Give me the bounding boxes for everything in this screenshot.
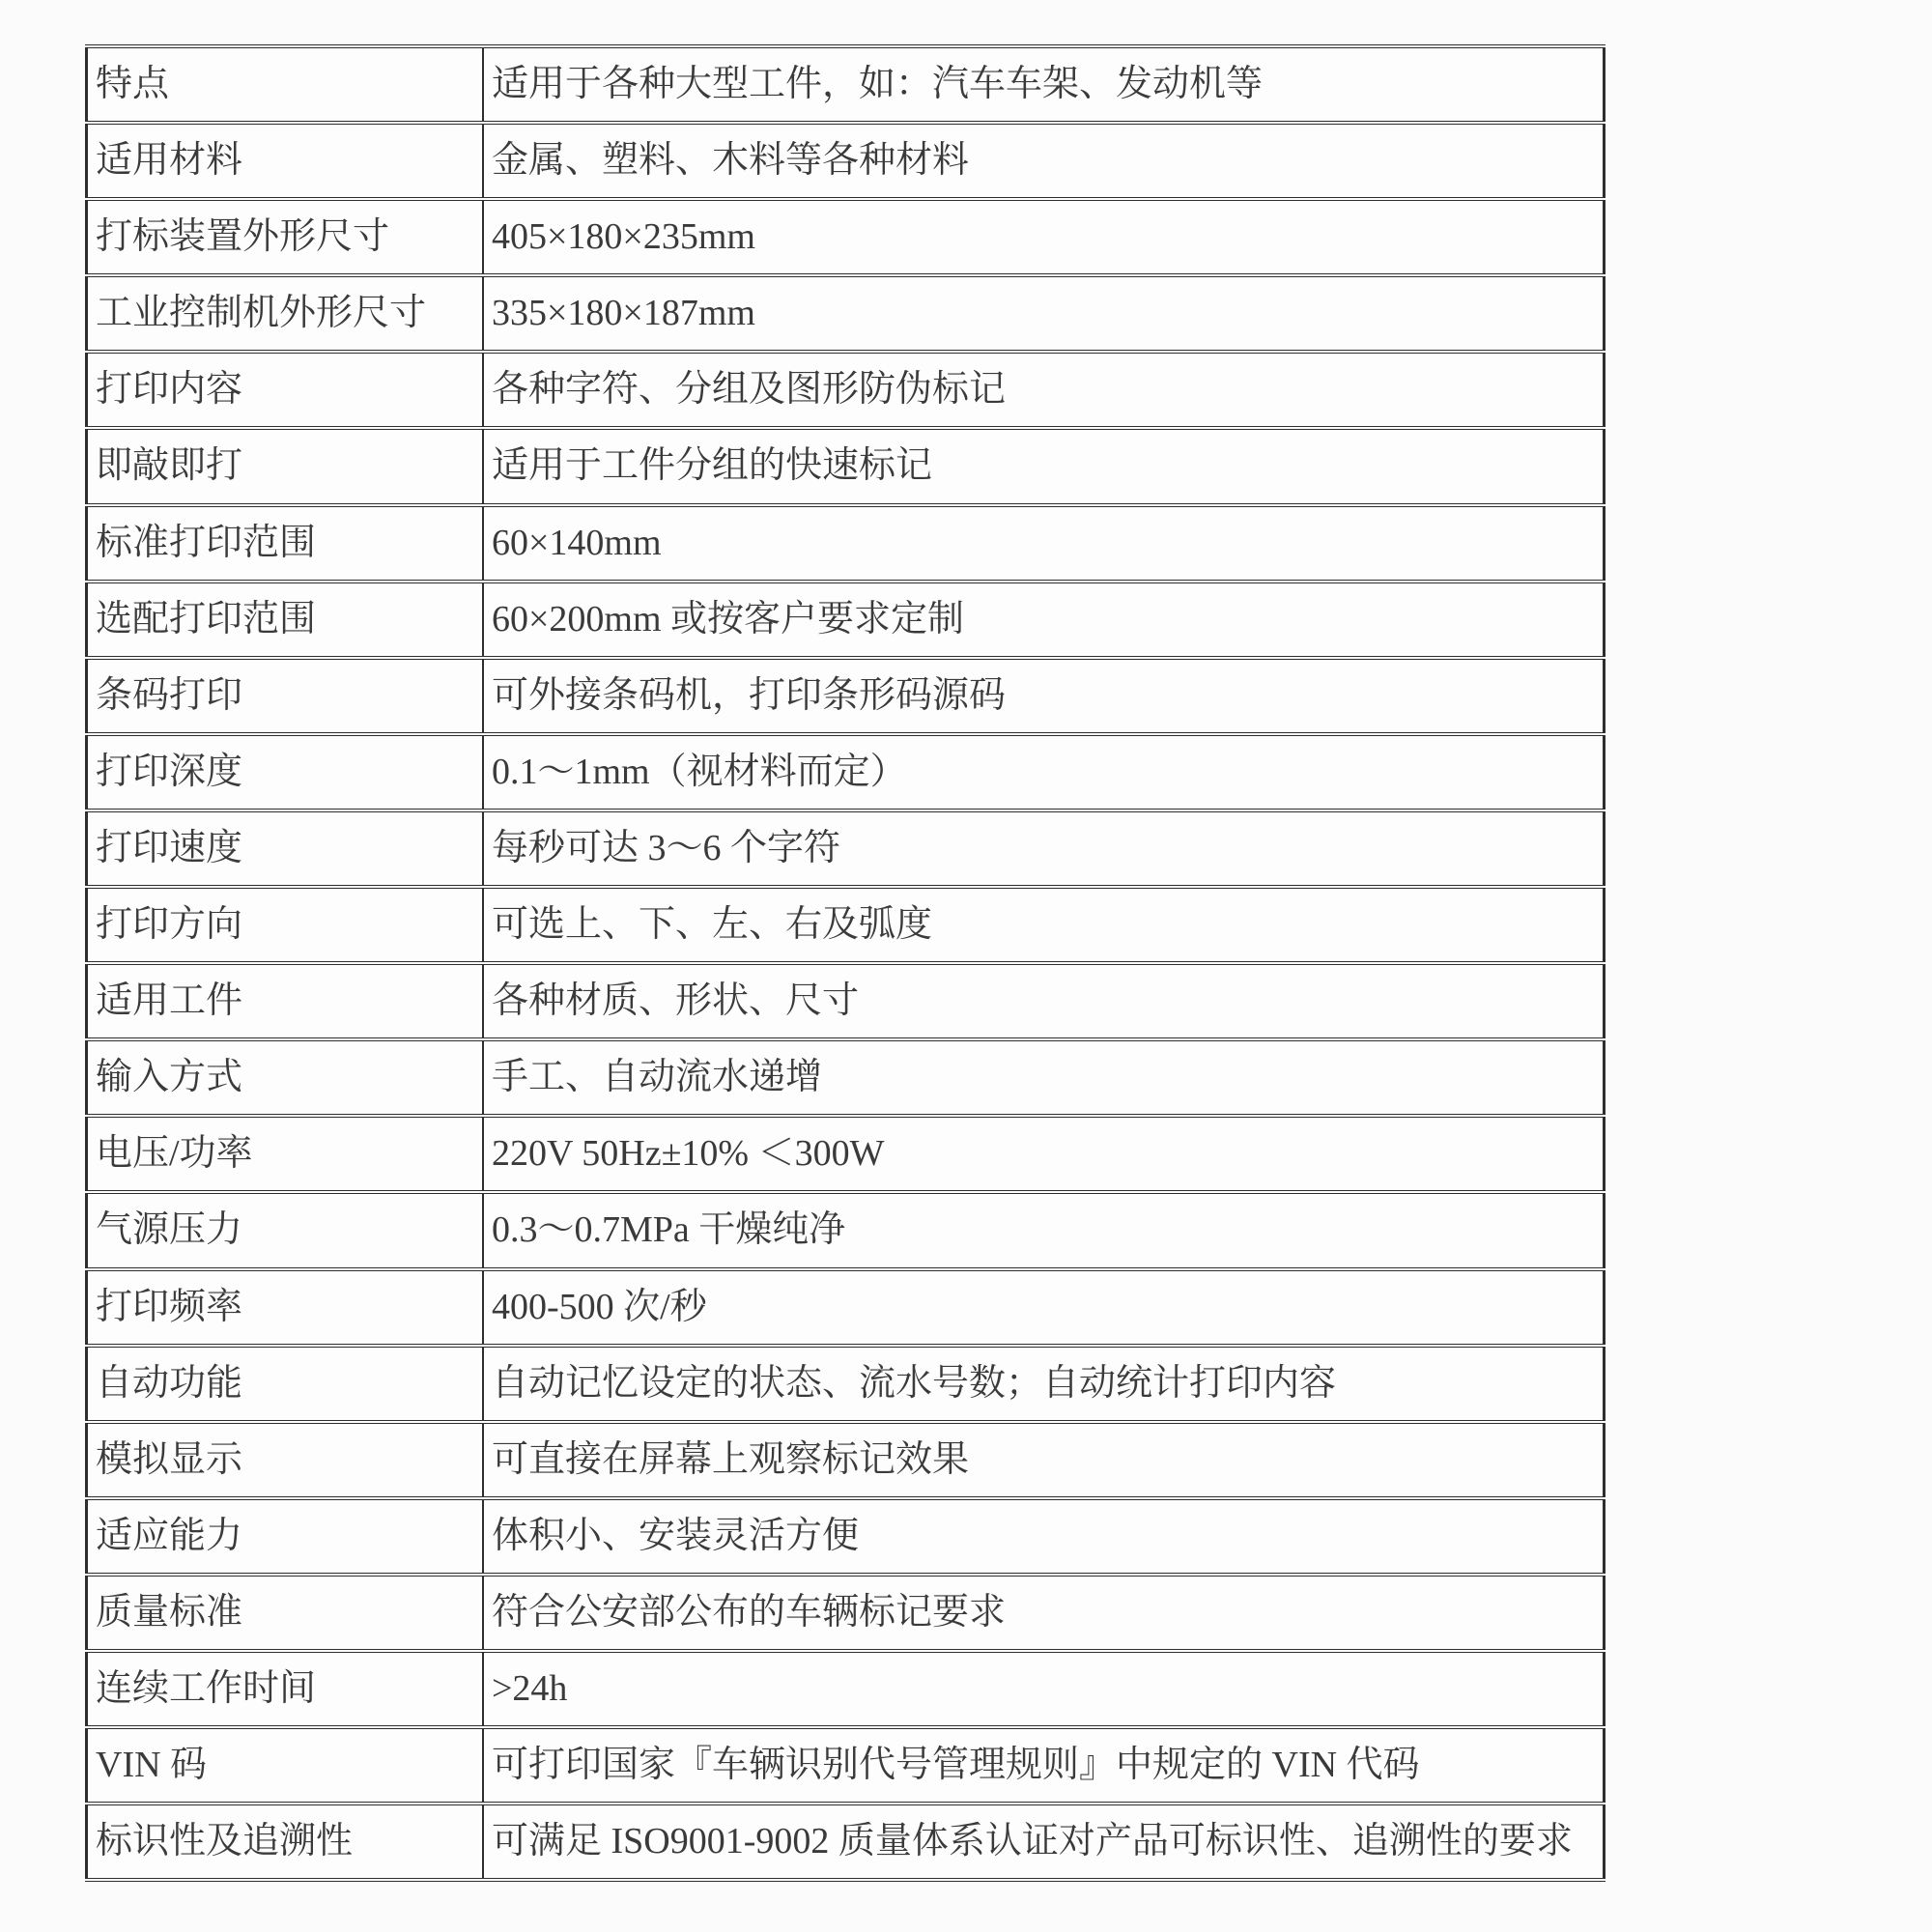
spec-row: 特点适用于各种大型工件，如：汽车车架、发动机等 [87, 46, 1605, 123]
spec-label: 打印内容 [87, 352, 484, 428]
spec-row: 模拟显示可直接在屏幕上观察标记效果 [87, 1422, 1605, 1498]
spec-value: 适用于各种大型工件，如：汽车车架、发动机等 [483, 46, 1605, 123]
spec-value: 自动记忆设定的状态、流水号数；自动统计打印内容 [483, 1346, 1605, 1422]
spec-value: 60×200mm 或按客户要求定制 [483, 582, 1605, 658]
spec-row: 连续工作时间>24h [87, 1651, 1605, 1727]
spec-label: 条码打印 [87, 658, 484, 734]
spec-label: 特点 [87, 46, 484, 123]
spec-label: 连续工作时间 [87, 1651, 484, 1727]
spec-label: 标准打印范围 [87, 505, 484, 582]
spec-label: 自动功能 [87, 1346, 484, 1422]
spec-value: 可打印国家『车辆识别代号管理规则』中规定的 VIN 代码 [483, 1727, 1605, 1804]
spec-table-body: 特点适用于各种大型工件，如：汽车车架、发动机等适用材料金属、塑料、木料等各种材料… [87, 46, 1605, 1880]
spec-value: 可直接在屏幕上观察标记效果 [483, 1422, 1605, 1498]
spec-value: 各种字符、分组及图形防伪标记 [483, 352, 1605, 428]
spec-row: 适用材料金属、塑料、木料等各种材料 [87, 123, 1605, 199]
spec-row: 自动功能自动记忆设定的状态、流水号数；自动统计打印内容 [87, 1346, 1605, 1422]
spec-label: 适用工件 [87, 963, 484, 1039]
spec-row: 选配打印范围60×200mm 或按客户要求定制 [87, 582, 1605, 658]
spec-row: 打印频率400-500 次/秒 [87, 1269, 1605, 1346]
spec-row: 打印内容各种字符、分组及图形防伪标记 [87, 352, 1605, 428]
spec-row: 气源压力0.3～0.7MPa 干燥纯净 [87, 1192, 1605, 1268]
spec-label: 打印深度 [87, 734, 484, 810]
spec-label: 适用材料 [87, 123, 484, 199]
spec-row: 标准打印范围60×140mm [87, 505, 1605, 582]
spec-value: 220V 50Hz±10% ＜300W [483, 1116, 1605, 1192]
spec-value: 可外接条码机，打印条形码源码 [483, 658, 1605, 734]
spec-row: 打印速度每秒可达 3～6 个字符 [87, 810, 1605, 887]
spec-row: 工业控制机外形尺寸335×180×187mm [87, 275, 1605, 352]
spec-label: 质量标准 [87, 1575, 484, 1651]
spec-label: 标识性及追溯性 [87, 1804, 484, 1880]
spec-label: 适应能力 [87, 1498, 484, 1575]
spec-table: 特点适用于各种大型工件，如：汽车车架、发动机等适用材料金属、塑料、木料等各种材料… [85, 44, 1605, 1882]
spec-value: 符合公安部公布的车辆标记要求 [483, 1575, 1605, 1651]
spec-label: 打标装置外形尺寸 [87, 199, 484, 275]
spec-row: 适应能力体积小、安装灵活方便 [87, 1498, 1605, 1575]
spec-value: 60×140mm [483, 505, 1605, 582]
spec-value: 各种材质、形状、尺寸 [483, 963, 1605, 1039]
spec-value: 金属、塑料、木料等各种材料 [483, 123, 1605, 199]
spec-value: 体积小、安装灵活方便 [483, 1498, 1605, 1575]
spec-value: 可选上、下、左、右及弧度 [483, 887, 1605, 963]
spec-label: 选配打印范围 [87, 582, 484, 658]
spec-value: 可满足 ISO9001-9002 质量体系认证对产品可标识性、追溯性的要求 [483, 1804, 1605, 1880]
spec-label: 打印速度 [87, 810, 484, 887]
spec-row: 即敲即打适用于工件分组的快速标记 [87, 428, 1605, 504]
spec-value: 手工、自动流水递增 [483, 1039, 1605, 1116]
spec-row: 输入方式手工、自动流水递增 [87, 1039, 1605, 1116]
spec-row: 打印方向可选上、下、左、右及弧度 [87, 887, 1605, 963]
spec-row: 打印深度0.1～1mm（视材料而定） [87, 734, 1605, 810]
spec-label: 打印频率 [87, 1269, 484, 1346]
spec-value: 0.3～0.7MPa 干燥纯净 [483, 1192, 1605, 1268]
spec-value: 适用于工件分组的快速标记 [483, 428, 1605, 504]
spec-label: 输入方式 [87, 1039, 484, 1116]
spec-value: 405×180×235mm [483, 199, 1605, 275]
spec-row: 条码打印可外接条码机，打印条形码源码 [87, 658, 1605, 734]
spec-label: 即敲即打 [87, 428, 484, 504]
spec-value: >24h [483, 1651, 1605, 1727]
spec-value: 335×180×187mm [483, 275, 1605, 352]
document-page: 特点适用于各种大型工件，如：汽车车架、发动机等适用材料金属、塑料、木料等各种材料… [0, 0, 1932, 1932]
spec-row: 打标装置外形尺寸405×180×235mm [87, 199, 1605, 275]
spec-row: VIN 码可打印国家『车辆识别代号管理规则』中规定的 VIN 代码 [87, 1727, 1605, 1804]
spec-label: 模拟显示 [87, 1422, 484, 1498]
spec-row: 适用工件各种材质、形状、尺寸 [87, 963, 1605, 1039]
spec-label: 电压/功率 [87, 1116, 484, 1192]
spec-row: 电压/功率220V 50Hz±10% ＜300W [87, 1116, 1605, 1192]
spec-label: VIN 码 [87, 1727, 484, 1804]
spec-value: 0.1～1mm（视材料而定） [483, 734, 1605, 810]
spec-row: 标识性及追溯性可满足 ISO9001-9002 质量体系认证对产品可标识性、追溯… [87, 1804, 1605, 1880]
spec-value: 每秒可达 3～6 个字符 [483, 810, 1605, 887]
spec-label: 气源压力 [87, 1192, 484, 1268]
spec-label: 打印方向 [87, 887, 484, 963]
spec-row: 质量标准符合公安部公布的车辆标记要求 [87, 1575, 1605, 1651]
spec-label: 工业控制机外形尺寸 [87, 275, 484, 352]
spec-value: 400-500 次/秒 [483, 1269, 1605, 1346]
